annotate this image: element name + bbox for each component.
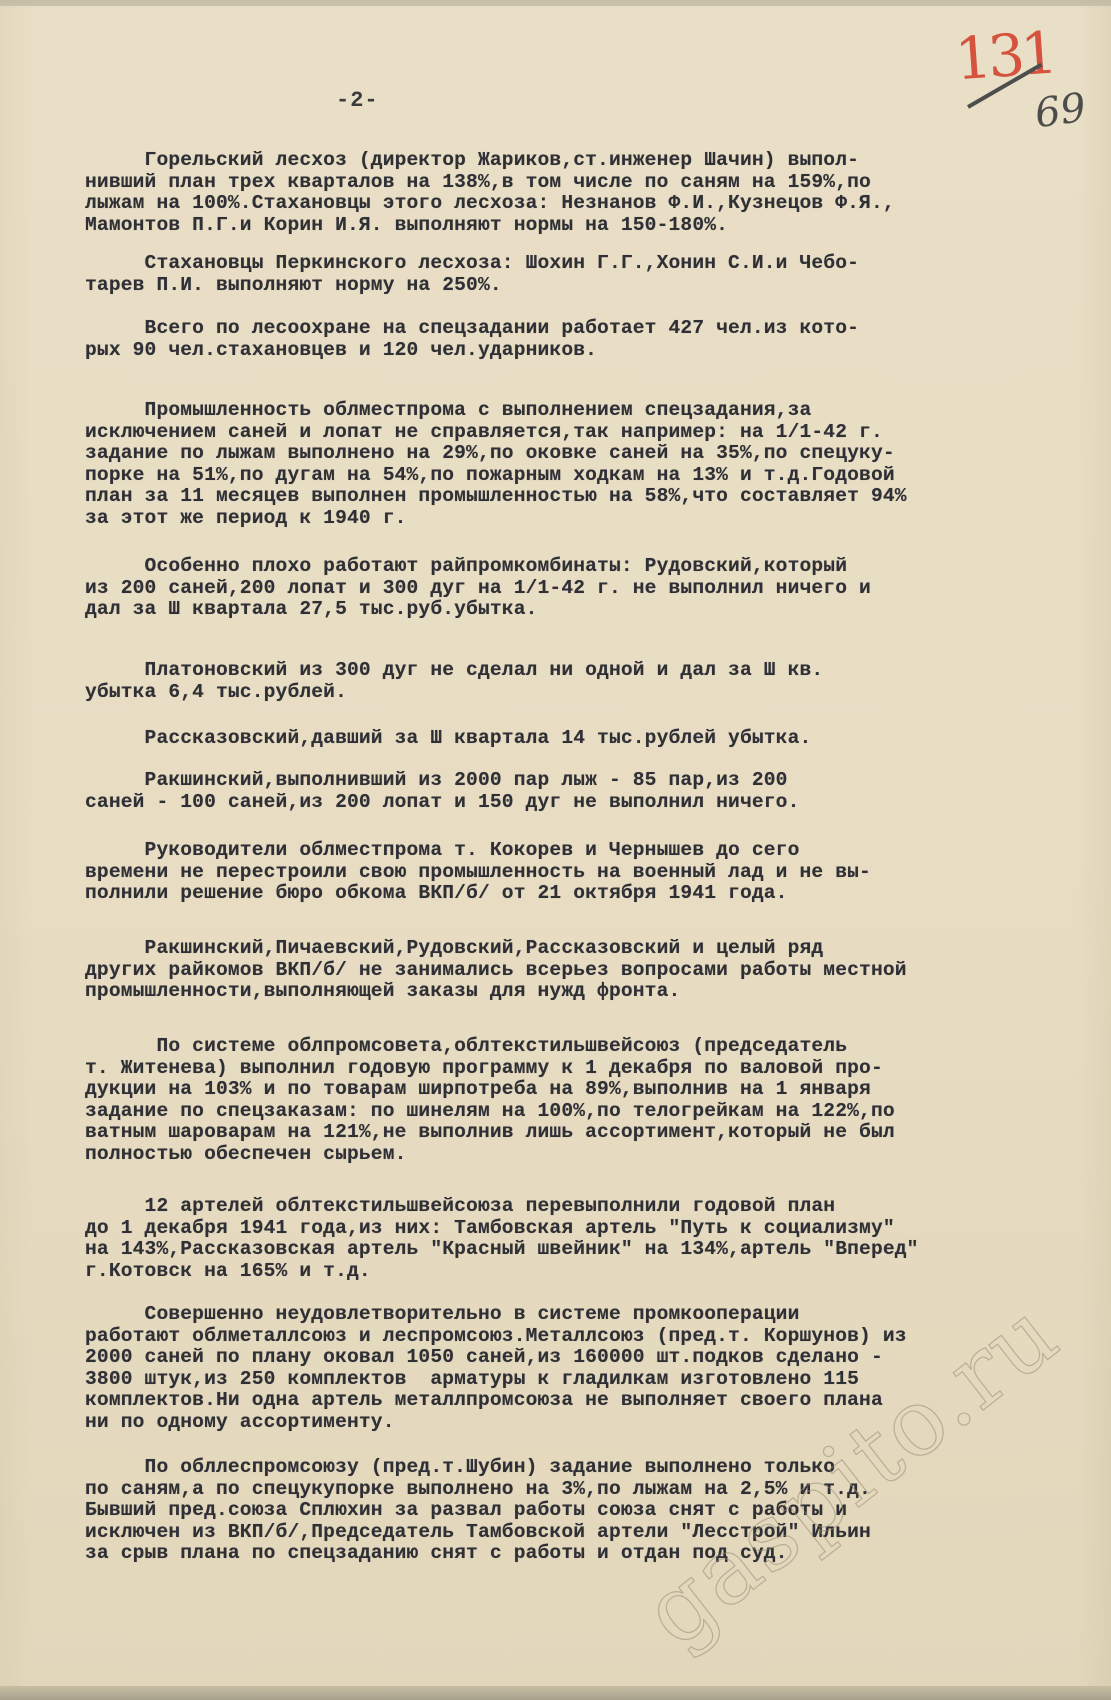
text-line: г.Котовск на 165% и т.д. xyxy=(85,1261,919,1283)
paragraph: Стахановцы Перкинского лесхоза: Шохин Г.… xyxy=(85,253,859,296)
archive-folio-number-pencil: 69 xyxy=(1032,85,1089,138)
paragraph: Руководители облместпрома т. Кокорев и Ч… xyxy=(85,840,871,905)
text-line: Ракшинский,выполнивший из 2000 пар лыж -… xyxy=(85,770,800,792)
document-page: -2- 131 69 Горельский лесхоз (директор Ж… xyxy=(0,0,1111,1700)
text-line: исключением саней и лопат не справляется… xyxy=(85,422,907,444)
paragraph: Всего по лесоохране на спецзадании работ… xyxy=(85,318,859,361)
text-line: убытка 6,4 тыс.рублей. xyxy=(85,682,823,704)
text-line: на 143%,Рассказовская артель "Красный шв… xyxy=(85,1239,919,1261)
paragraph: Рассказовский,давший за Ш квартала 14 ты… xyxy=(85,728,811,750)
text-line: до 1 декабря 1941 года,из них: Тамбовска… xyxy=(85,1218,919,1240)
text-line: нивший план трех кварталов на 138%,в том… xyxy=(85,172,895,194)
paragraph: Особенно плохо работают райпромкомбинаты… xyxy=(85,556,871,621)
text-line: времени не перестроили свою промышленнос… xyxy=(85,862,871,884)
text-line: Ракшинский,Пичаевский,Рудовский,Рассказо… xyxy=(85,938,907,960)
text-line: Стахановцы Перкинского лесхоза: Шохин Г.… xyxy=(85,253,859,275)
text-line: из 200 саней,200 лопат и 300 дуг на 1/1-… xyxy=(85,578,871,600)
paragraph: Платоновский из 300 дуг не сделал ни одн… xyxy=(85,660,823,703)
text-line: за этот же период к 1940 г. xyxy=(85,508,907,530)
text-line: лыжам на 100%.Стахановцы этого лесхоза: … xyxy=(85,193,895,215)
paragraph: 12 артелей облтекстильшвейсоюза перевыпо… xyxy=(85,1196,919,1282)
text-line: промышленности,выполняющей заказы для ну… xyxy=(85,981,907,1003)
page-number: -2- xyxy=(336,88,379,113)
text-line: 3800 штук,из 250 комплектов арматуры к г… xyxy=(85,1369,907,1391)
text-line: комплектов.Ни одна артель металлпромсоюз… xyxy=(85,1390,907,1412)
text-line: дал за Ш квартала 27,5 тыс.руб.убытка. xyxy=(85,599,871,621)
paragraph: Ракшинский,Пичаевский,Рудовский,Рассказо… xyxy=(85,938,907,1003)
paragraph: Горельский лесхоз (директор Жариков,ст.и… xyxy=(85,150,895,236)
text-line: полнили решение бюро обкома ВКП/б/ от 21… xyxy=(85,883,871,905)
text-line: Особенно плохо работают райпромкомбинаты… xyxy=(85,556,871,578)
paragraph: Совершенно неудовлетворительно в системе… xyxy=(85,1304,907,1433)
page-bottom-edge xyxy=(0,1686,1111,1700)
text-line: 12 артелей облтекстильшвейсоюза перевыпо… xyxy=(85,1196,919,1218)
text-line: план за 11 месяцев выполнен промышленнос… xyxy=(85,486,907,508)
text-line: тарев П.И. выполняют норму на 250%. xyxy=(85,275,859,297)
paragraph: По системе облпромсовета,облтекстильшвей… xyxy=(85,1036,895,1165)
text-line: рых 90 чел.стахановцев и 120 чел.ударник… xyxy=(85,340,859,362)
text-line: задание по лыжам выполнено на 29%,по око… xyxy=(85,443,907,465)
text-line: Промышленность облместпрома с выполнение… xyxy=(85,400,907,422)
text-line: Рассказовский,давший за Ш квартала 14 ты… xyxy=(85,728,811,750)
text-line: других райкомов ВКП/б/ не занимались все… xyxy=(85,960,907,982)
text-line: Платоновский из 300 дуг не сделал ни одн… xyxy=(85,660,823,682)
text-line: порке на 51%,по дугам на 54%,по пожарным… xyxy=(85,465,907,487)
text-line: работают облметаллсоюз и леспромсоюз.Мет… xyxy=(85,1326,907,1348)
text-line: дукции на 103% и по товарам ширпотреба н… xyxy=(85,1079,895,1101)
text-line: ватным шароварам на 121%,не выполнив лиш… xyxy=(85,1122,895,1144)
text-line: саней - 100 саней,из 200 лопат и 150 дуг… xyxy=(85,792,800,814)
text-line: Горельский лесхоз (директор Жариков,ст.и… xyxy=(85,150,895,172)
text-line: полностью обеспечен сырьем. xyxy=(85,1144,895,1166)
text-line: Мамонтов П.Г.и Корин И.Я. выполняют норм… xyxy=(85,215,895,237)
text-line: По системе облпромсовета,облтекстильшвей… xyxy=(85,1036,895,1058)
text-line: Руководители облместпрома т. Кокорев и Ч… xyxy=(85,840,871,862)
text-line: ни по одному ассортименту. xyxy=(85,1412,907,1434)
text-line: 2000 саней по плану оковал 1050 саней,из… xyxy=(85,1347,907,1369)
page-top-edge xyxy=(0,0,1111,6)
text-line: задание по спецзаказам: по шинелям на 10… xyxy=(85,1101,895,1123)
text-line: Всего по лесоохране на спецзадании работ… xyxy=(85,318,859,340)
paragraph: Ракшинский,выполнивший из 2000 пар лыж -… xyxy=(85,770,800,813)
text-line: т. Житенева) выполнил годовую программу … xyxy=(85,1058,895,1080)
paragraph: Промышленность облместпрома с выполнение… xyxy=(85,400,907,529)
text-line: Совершенно неудовлетворительно в системе… xyxy=(85,1304,907,1326)
text-line: По обллеспромсоюзу (пред.т.Шубин) задани… xyxy=(85,1457,871,1479)
